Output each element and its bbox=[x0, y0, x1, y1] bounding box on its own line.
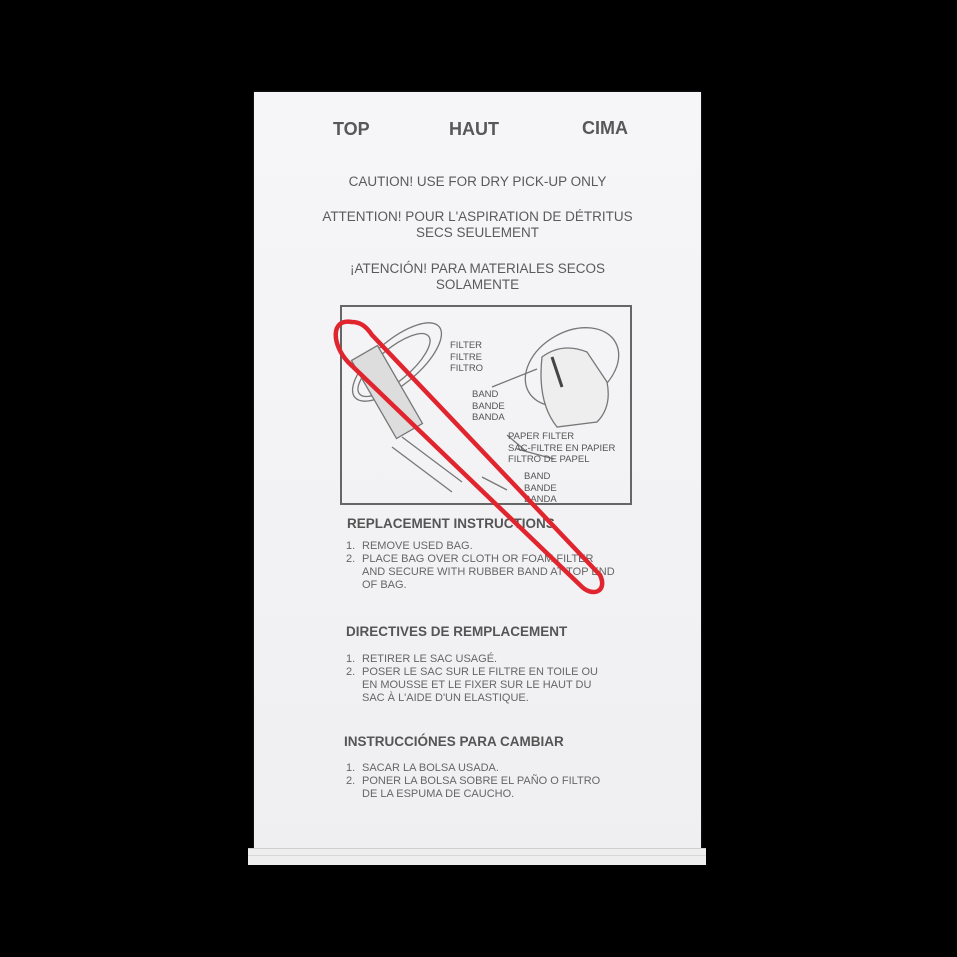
instructions-fr: 1.RETIRER LE SAC USAGÉ. 2.POSER LE SAC S… bbox=[346, 653, 598, 705]
top-label-en: TOP bbox=[333, 119, 370, 140]
band-label-top: BANDBANDEBANDA bbox=[472, 389, 505, 424]
warning-es-2: SOLAMENTE bbox=[254, 277, 701, 293]
warning-fr-2: SECS SEULEMENT bbox=[254, 225, 701, 241]
paper-filter-label: PAPER FILTERSAC-FILTRE EN PAPIERFILTRO D… bbox=[508, 431, 615, 466]
warning-es-1: ¡ATENCIÓN! PARA MATERIALES SECOS bbox=[254, 261, 701, 277]
instructions-en: 1.REMOVE USED BAG. 2.PLACE BAG OVER CLOT… bbox=[346, 540, 615, 592]
instructions-es: 1.SACAR LA BOLSA USADA. 2.PONER LA BOLSA… bbox=[346, 762, 600, 801]
top-label-es: CIMA bbox=[582, 118, 628, 139]
filter-label: FILTERFILTREFILTRO bbox=[450, 340, 483, 375]
section-title-es: INSTRUCCIÓNES PARA CAMBIAR bbox=[344, 734, 564, 749]
bag-bottom-fold bbox=[248, 848, 706, 865]
installation-diagram: FILTERFILTREFILTRO BANDBANDEBANDA PAPER … bbox=[340, 305, 632, 505]
band-label-bottom: BANDBANDEBANDA bbox=[524, 471, 557, 506]
section-title-en: REPLACEMENT INSTRUCTIONS bbox=[347, 516, 555, 531]
warning-fr-1: ATTENTION! POUR L'ASPIRATION DE DÉTRITUS bbox=[254, 209, 701, 225]
section-title-fr: DIRECTIVES DE REMPLACEMENT bbox=[346, 624, 567, 639]
top-label-fr: HAUT bbox=[449, 119, 499, 140]
warning-en: CAUTION! USE FOR DRY PICK-UP ONLY bbox=[254, 174, 701, 190]
